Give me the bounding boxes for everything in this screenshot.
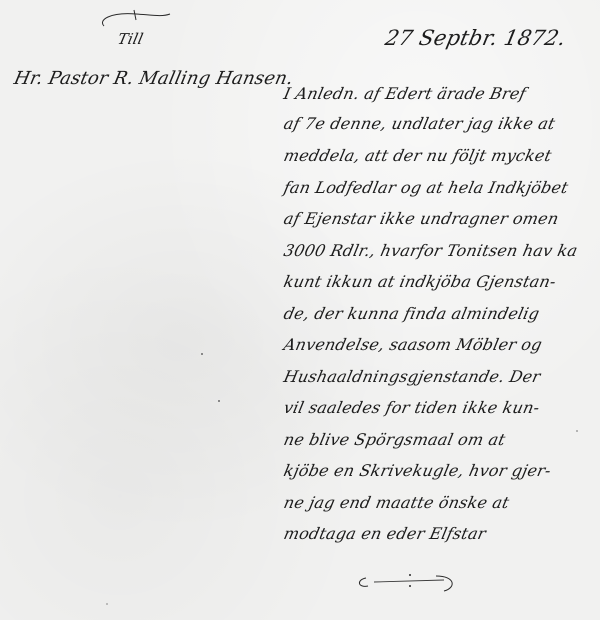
paper-sheet: Till 27 Septbr. 1872. Hr. Pastor R. Mall…: [0, 0, 600, 620]
body-line: ne jag end maatte önske at: [282, 493, 586, 512]
body-line: 3000 Rdlr., hvarfor Tonitsen hav ka: [282, 241, 586, 260]
salutation-prefix: Till: [116, 30, 145, 48]
body-line: ne blive Spörgsmaal om at: [282, 430, 586, 449]
body-line: I Anledn. af Edert ärade Bref: [282, 84, 586, 103]
paper-speck: [201, 353, 203, 355]
body-line: fan Lodfedlar og at hela Indkjöbet: [282, 178, 586, 197]
top-flourish-ornament: [96, 8, 176, 30]
letter-date: 27 Septbr. 1872.: [383, 26, 568, 50]
body-line: af 7e denne, undlater jag ikke at: [282, 114, 586, 133]
paper-speck: [576, 430, 578, 432]
body-line: af Ejenstar ikke undragner omen: [282, 209, 586, 228]
body-line: Hushaaldningsgjenstande. Der: [282, 367, 586, 386]
body-line: meddela, att der nu följt mycket: [282, 146, 586, 165]
body-line: kjöbe en Skrivekugle, hvor gjer-: [282, 461, 586, 480]
paper-speck: [106, 603, 108, 605]
paper-speck: [218, 400, 220, 402]
addressee-line: Hr. Pastor R. Malling Hansen.: [12, 68, 295, 89]
body-line: de, der kunna finda almindelig: [282, 304, 586, 323]
body-line: kunt ikkun at indkjöba Gjenstan-: [282, 272, 586, 291]
closing-flourish-ornament: [352, 570, 464, 594]
body-line: modtaga en eder Elfstar: [282, 524, 586, 543]
body-line: vil saaledes for tiden ikke kun-: [282, 398, 586, 417]
body-line: Anvendelse, saasom Möbler og: [282, 335, 586, 354]
